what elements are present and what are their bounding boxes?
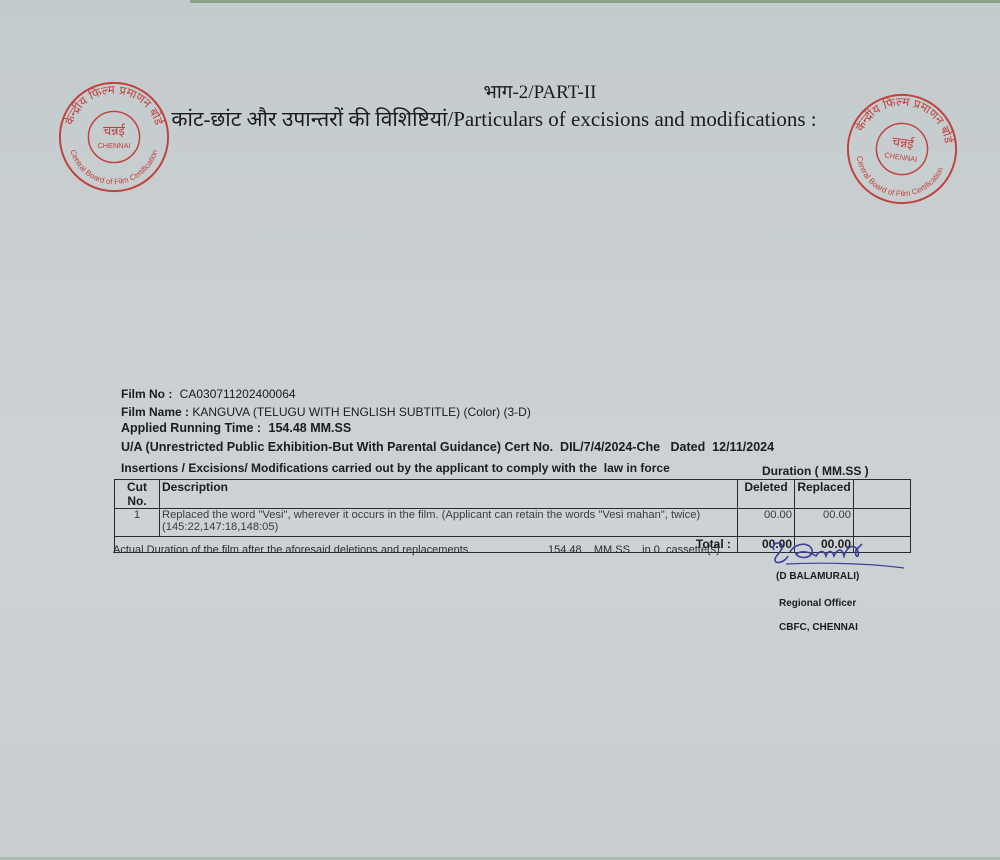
signature	[766, 538, 906, 574]
actual-duration-label: Actual Duration of the film after the af…	[113, 544, 468, 556]
film-number: Film No : CA030711202400064	[121, 387, 296, 401]
cut-blank	[854, 509, 911, 537]
applied-running-time: Applied Running Time : 154.48 MM.SS	[121, 421, 351, 435]
signatory-office: CBFC, CHENNAI	[779, 622, 858, 633]
header-deleted: Deleted	[738, 480, 795, 509]
cut-replaced: 00.00	[795, 509, 854, 537]
svg-text:चन्नई: चन्नई	[891, 134, 916, 153]
table-header-row: Cut No. Description Deleted Replaced	[115, 480, 911, 509]
section-title: कांट-छांट और उपान्तरों की विशिष्टियां/Pa…	[0, 105, 994, 133]
running-time-label: Applied Running Time :	[121, 421, 261, 435]
svg-text:CHENNAI: CHENNAI	[97, 141, 130, 150]
header-cut-no: Cut No.	[115, 480, 160, 509]
signatory-designation: Regional Officer	[779, 598, 856, 609]
header-description: Description	[160, 480, 738, 509]
certificate-line: U/A (Unrestricted Public Exhibition-But …	[121, 440, 774, 454]
header-blank	[854, 480, 911, 509]
cut-description: Replaced the word "Vesi", wherever it oc…	[160, 509, 738, 537]
duration-heading: Duration ( MM.SS )	[762, 464, 869, 478]
signatory-name: (D BALAMURALI)	[776, 571, 859, 582]
film-number-value: CA030711202400064	[180, 387, 296, 401]
film-number-label: Film No :	[121, 387, 172, 401]
part-title: भाग-2/PART-II	[40, 78, 1000, 104]
cut-description-line1: Replaced the word "Vesi", wherever it oc…	[162, 509, 735, 521]
paper-edge	[190, 0, 1000, 3]
table-row: 1 Replaced the word "Vesi", wherever it …	[115, 509, 911, 537]
svg-text:CHENNAI: CHENNAI	[884, 150, 918, 164]
film-name-label: Film Name :	[121, 405, 189, 419]
running-time-value: 154.48 MM.SS	[269, 421, 352, 435]
film-name-value: KANGUVA (TELUGU WITH ENGLISH SUBTITLE) (…	[192, 405, 530, 419]
svg-text:Central Board of Film Certific: Central Board of Film Certification	[850, 154, 946, 204]
cut-no: 1	[115, 509, 160, 537]
cut-deleted: 00.00	[738, 509, 795, 537]
film-name: Film Name : KANGUVA (TELUGU WITH ENGLISH…	[121, 405, 531, 419]
actual-duration: Actual Duration of the film after the af…	[113, 544, 468, 556]
modifications-heading: Insertions / Excisions/ Modifications ca…	[121, 461, 670, 475]
cut-description-line2: (145:22,147:18,148:05)	[162, 521, 735, 533]
actual-duration-value: 154.48 MM.SS in 0. cassette(s).	[548, 544, 723, 556]
header-replaced: Replaced	[795, 480, 854, 509]
